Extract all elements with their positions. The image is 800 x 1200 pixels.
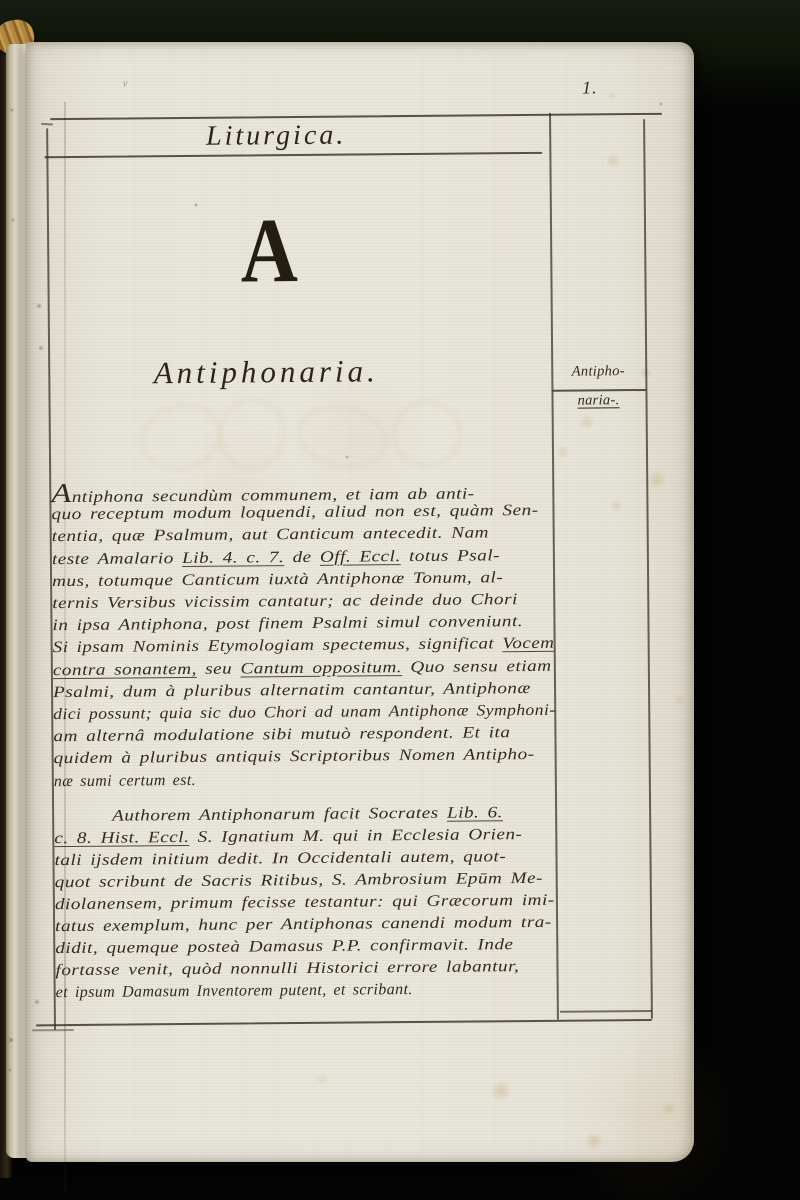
page-content: 1. v Liturgica. A Antiphonaria. Antipho-…	[0, 0, 800, 1200]
manuscript-line: tali ijsdem initium dedit. In Occidental…	[54, 847, 506, 871]
manuscript-line: fortasse venit, quòd nonnulli Historici …	[55, 957, 519, 981]
manuscript-line: c. 8. Hist. Eccl. S. Ignatium M. qui in …	[54, 825, 522, 849]
manuscript-line: et ipsum Damasum Inventorem putent, et s…	[56, 980, 413, 1003]
body-paragraph-2: Authorem Antiphonarum facit Socrates Lib…	[0, 0, 800, 1200]
manuscript-line: didit, quemque posteà Damasus P.P. confi…	[55, 935, 513, 959]
manuscript-line: Authorem Antiphonarum facit Socrates Lib…	[112, 803, 503, 826]
manuscript-photo: 1. v Liturgica. A Antiphonaria. Antipho-…	[0, 0, 800, 1200]
manuscript-line: tatus exemplum, hunc per Antiphonas cane…	[55, 913, 552, 937]
manuscript-line: quot scribunt de Sacris Ritibus, S. Ambr…	[55, 869, 543, 893]
manuscript-line: diolanensem, primum fecisse testantur: q…	[55, 891, 555, 915]
